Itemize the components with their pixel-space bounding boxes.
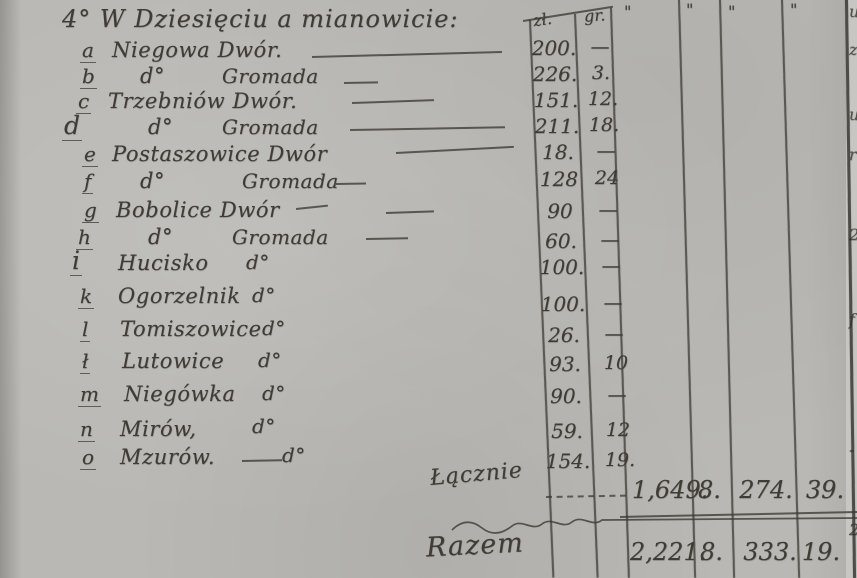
ditto-text: d°	[262, 316, 286, 340]
place-name: Niegówka	[124, 382, 236, 406]
place-name: Niegowa Dwór.	[112, 38, 282, 62]
handwritten-dash	[386, 210, 434, 213]
grand-total-value: 2,221.	[630, 538, 702, 566]
handwritten-dash	[312, 51, 502, 58]
row-letter: l	[80, 319, 90, 342]
value-zloty: 151.	[528, 88, 584, 112]
place-name: Mzurów.	[120, 445, 215, 469]
row-letter: i	[70, 248, 82, 276]
ditto-text: Gromada	[222, 115, 319, 139]
place-name: d°	[148, 115, 173, 139]
value-zloty: 60.	[533, 229, 589, 253]
value-zloty: 93.	[537, 352, 593, 376]
place-name: Lutowice	[122, 349, 224, 373]
value-grosz: —	[588, 199, 628, 221]
total-value: 1,649.	[632, 476, 700, 504]
row-letter: b	[80, 66, 97, 89]
manuscript-page: u z u r 2 f - 2 zł. gr. " " " " 4° W Dzi…	[0, 0, 857, 578]
value-grosz: —	[580, 36, 620, 58]
handwritten-dash	[336, 182, 366, 184]
ditto-quote-mark: "	[790, 0, 797, 19]
row-letter: ł	[80, 351, 90, 374]
value-zloty: 100.	[534, 255, 590, 279]
value-zloty: 211.	[529, 114, 585, 138]
ditto-text: d°	[246, 250, 270, 274]
column-header-grosz: gr.	[583, 5, 605, 25]
value-zloty: 100.	[535, 292, 591, 316]
ditto-text: Gromada	[242, 169, 339, 193]
place-name: d°	[140, 64, 165, 88]
row-letter: k	[78, 286, 94, 309]
column-header-zloty: zł.	[532, 9, 553, 30]
value-grosz: —	[586, 140, 626, 162]
place-name: Trzebniów Dwór.	[108, 89, 297, 113]
value-grosz: 12	[598, 419, 638, 441]
place-name: d°	[148, 225, 173, 249]
edge-mark: u	[849, 2, 857, 21]
handwritten-dash	[344, 81, 378, 83]
handwritten-dash	[366, 237, 408, 239]
value-zloty: 226.	[527, 62, 583, 86]
handwritten-dash	[350, 126, 505, 130]
grand-total-value: 333.	[742, 538, 798, 566]
value-grosz: 3.	[581, 62, 621, 84]
ditto-quote-mark: "	[624, 2, 631, 21]
value-zloty: 90.	[538, 384, 594, 408]
value-grosz: —	[594, 323, 634, 345]
ditto-text: Gromada	[222, 64, 319, 88]
value-grosz: 18.	[584, 114, 624, 136]
handwritten-dash	[396, 146, 514, 154]
value-grosz: 12.	[583, 88, 623, 110]
place-name: Bobolice Dwór	[116, 198, 280, 222]
row-letter: g	[82, 200, 99, 223]
total-value: 274.	[738, 476, 794, 504]
value-zloty: 200.	[526, 36, 582, 60]
value-grosz: —	[590, 229, 630, 251]
place-name: Ogorzelnik	[118, 284, 241, 308]
ditto-text: d°	[258, 348, 282, 372]
place-name: Postaszowice Dwór	[112, 142, 327, 166]
row-letter: n	[78, 419, 95, 442]
value-zloty: 18.	[530, 140, 586, 164]
handwritten-dash	[352, 99, 434, 104]
row-letter: e	[82, 144, 98, 167]
ditto-quote-mark: "	[686, 0, 693, 19]
grand-total-value: 19.	[798, 538, 844, 566]
total-label-lacznie: Łącznie	[429, 458, 524, 491]
table-rule-vertical	[719, 0, 735, 578]
value-grosz: —	[593, 292, 633, 314]
value-zloty: 128	[531, 167, 587, 191]
ditto-text: d°	[282, 443, 306, 467]
row-letter: d	[62, 113, 82, 141]
value-grosz: 10	[596, 352, 636, 374]
row-letter: o	[80, 447, 96, 470]
value-zloty: 59.	[539, 419, 595, 443]
edge-mark: r	[849, 145, 857, 164]
place-name: Mirów,	[120, 417, 197, 441]
edge-mark: u	[849, 105, 857, 124]
ditto-text: d°	[262, 381, 286, 405]
total-value: 8.	[698, 476, 720, 504]
row-letter: f	[82, 171, 93, 194]
value-zloty: 90	[532, 199, 588, 223]
value-zloty: 154.	[540, 449, 596, 473]
dashed-sum-line	[546, 495, 626, 498]
grand-total-value: 8.	[700, 538, 722, 566]
ditto-quote-mark: "	[728, 2, 735, 21]
row-letter: a	[80, 40, 96, 63]
value-grosz: 19.	[600, 449, 640, 471]
ditto-text: d°	[252, 414, 276, 438]
value-grosz: —	[591, 255, 631, 277]
handwritten-dash	[242, 459, 282, 461]
total-value: 39.	[802, 476, 848, 504]
place-name: Tomiszowice	[120, 317, 262, 341]
edge-mark: z	[849, 40, 857, 59]
value-grosz: 24	[587, 167, 627, 189]
value-zloty: 26.	[536, 323, 592, 347]
handwritten-dash	[296, 205, 328, 210]
ditto-text: Gromada	[232, 225, 329, 249]
ditto-text: d°	[252, 283, 276, 307]
grand-total-label: Razem	[425, 527, 524, 563]
place-name: d°	[140, 169, 165, 193]
value-grosz: —	[597, 384, 637, 406]
page-title: 4° W Dziesięciu a mianowicie:	[62, 5, 459, 33]
place-name: Hucisko	[118, 251, 209, 275]
row-letter: m	[78, 384, 101, 407]
